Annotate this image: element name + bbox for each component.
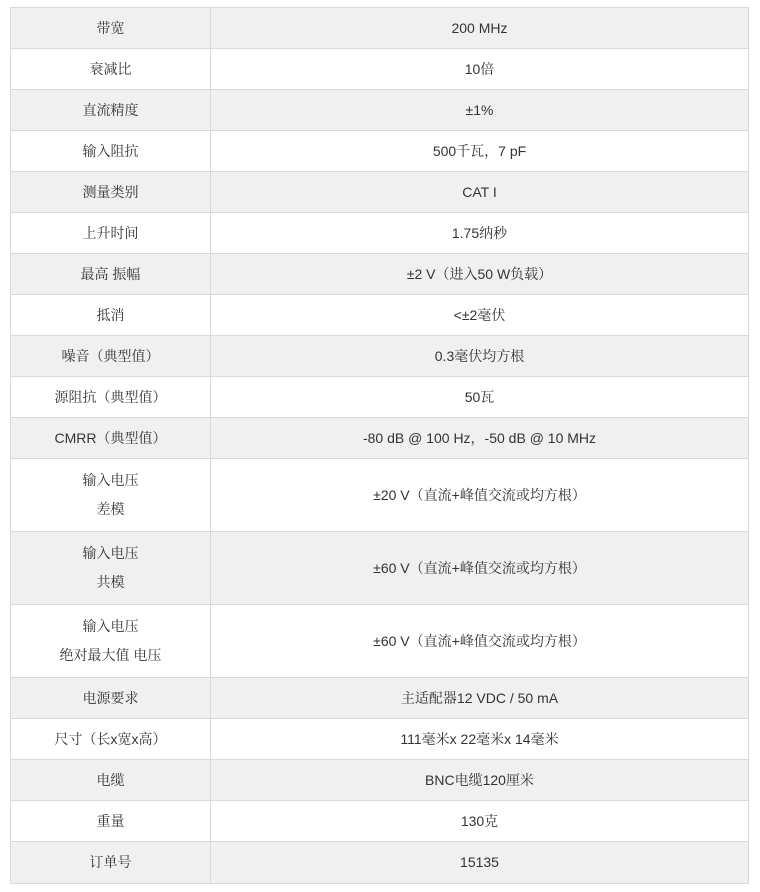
spec-label-line: 最高 振幅 [81,266,141,283]
spec-label-line: 差模 [97,501,125,518]
spec-value-cell: 111毫米x 22毫米x 14毫米 [211,719,748,759]
spec-label-line: 电源要求 [83,690,139,707]
spec-label-line: 输入电压 [83,472,139,489]
spec-row: 噪音（典型值）0.3毫伏均方根 [11,336,748,377]
spec-value-cell: ±60 V（直流+峰值交流或均方根） [211,605,748,677]
spec-label-cell: 上升时间 [11,213,211,253]
spec-row: 电缆BNC电缆120厘米 [11,760,748,801]
spec-label-cell: 最高 振幅 [11,254,211,294]
spec-label-cell: 测量类别 [11,172,211,212]
spec-value-cell: 10倍 [211,49,748,89]
spec-row: 带宽200 MHz [11,8,748,49]
spec-row: CMRR（典型值）-80 dB @ 100 Hz，-50 dB @ 10 MHz [11,418,748,459]
spec-label-cell: 重量 [11,801,211,841]
spec-label-cell: 直流精度 [11,90,211,130]
spec-label-cell: 抵消 [11,295,211,335]
spec-row: 重量130克 [11,801,748,842]
spec-label-cell: 尺寸（长x宽x高） [11,719,211,759]
spec-value-cell: -80 dB @ 100 Hz，-50 dB @ 10 MHz [211,418,748,458]
spec-label-cell: 输入电压绝对最大值 电压 [11,605,211,677]
spec-label-cell: 订单号 [11,842,211,883]
spec-label-line: 共模 [97,574,125,591]
spec-label-line: 输入电压 [83,545,139,562]
spec-row: 最高 振幅±2 V（进入50 W负载） [11,254,748,295]
spec-label-cell: CMRR（典型值） [11,418,211,458]
spec-value-cell: BNC电缆120厘米 [211,760,748,800]
spec-label-line: 带宽 [97,20,125,37]
spec-row: 订单号15135 [11,842,748,883]
spec-row: 输入阻抗500千瓦，7 pF [11,131,748,172]
spec-value-cell: 50瓦 [211,377,748,417]
spec-value-cell: 主适配器12 VDC / 50 mA [211,678,748,718]
spec-label-line: 输入电压 [83,618,139,635]
spec-label-cell: 输入电压差模 [11,459,211,531]
spec-value-cell: 1.75纳秒 [211,213,748,253]
spec-label-line: 衰减比 [90,61,132,78]
spec-label-line: 输入阻抗 [83,143,139,160]
spec-value-cell: 0.3毫伏均方根 [211,336,748,376]
spec-value-cell: 200 MHz [211,8,748,48]
spec-value-cell: 500千瓦，7 pF [211,131,748,171]
spec-label-line: 直流精度 [83,102,139,119]
spec-label-cell: 带宽 [11,8,211,48]
spec-label-line: CMRR（典型值） [55,430,167,447]
spec-value-cell: ±2 V（进入50 W负载） [211,254,748,294]
spec-table: 带宽200 MHz衰减比10倍直流精度±1%输入阻抗500千瓦，7 pF测量类别… [10,7,749,884]
spec-label-line: 噪音（典型值） [62,348,160,365]
spec-value-cell: ±60 V（直流+峰值交流或均方根） [211,532,748,604]
spec-row: 输入电压共模±60 V（直流+峰值交流或均方根） [11,532,748,605]
spec-label-line: 源阻抗（典型值） [55,389,167,406]
spec-label-line: 订单号 [90,854,132,871]
spec-label-line: 电缆 [97,772,125,789]
spec-label-cell: 输入阻抗 [11,131,211,171]
spec-label-line: 绝对最大值 电压 [60,647,162,664]
spec-label-cell: 噪音（典型值） [11,336,211,376]
spec-label-line: 测量类别 [83,184,139,201]
spec-page: 带宽200 MHz衰减比10倍直流精度±1%输入阻抗500千瓦，7 pF测量类别… [0,0,760,892]
spec-label-cell: 源阻抗（典型值） [11,377,211,417]
spec-row: 上升时间1.75纳秒 [11,213,748,254]
spec-label-line: 尺寸（长x宽x高） [55,731,167,748]
spec-row: 电源要求主适配器12 VDC / 50 mA [11,678,748,719]
spec-label-line: 重量 [97,813,125,830]
spec-label-line: 抵消 [97,307,125,324]
spec-row: 输入电压差模±20 V（直流+峰值交流或均方根） [11,459,748,532]
spec-row: 输入电压绝对最大值 电压±60 V（直流+峰值交流或均方根） [11,605,748,678]
spec-value-cell: ±20 V（直流+峰值交流或均方根） [211,459,748,531]
spec-row: 直流精度±1% [11,90,748,131]
spec-row: 衰减比10倍 [11,49,748,90]
spec-label-line: 上升时间 [83,225,139,242]
spec-value-cell: ±1% [211,90,748,130]
spec-value-cell: CAT I [211,172,748,212]
spec-label-cell: 衰减比 [11,49,211,89]
spec-value-cell: <±2毫伏 [211,295,748,335]
spec-value-cell: 130克 [211,801,748,841]
spec-value-cell: 15135 [211,842,748,883]
spec-label-cell: 电源要求 [11,678,211,718]
spec-label-cell: 输入电压共模 [11,532,211,604]
spec-row: 源阻抗（典型值）50瓦 [11,377,748,418]
spec-row: 抵消<±2毫伏 [11,295,748,336]
spec-row: 测量类别CAT I [11,172,748,213]
spec-row: 尺寸（长x宽x高）111毫米x 22毫米x 14毫米 [11,719,748,760]
spec-label-cell: 电缆 [11,760,211,800]
